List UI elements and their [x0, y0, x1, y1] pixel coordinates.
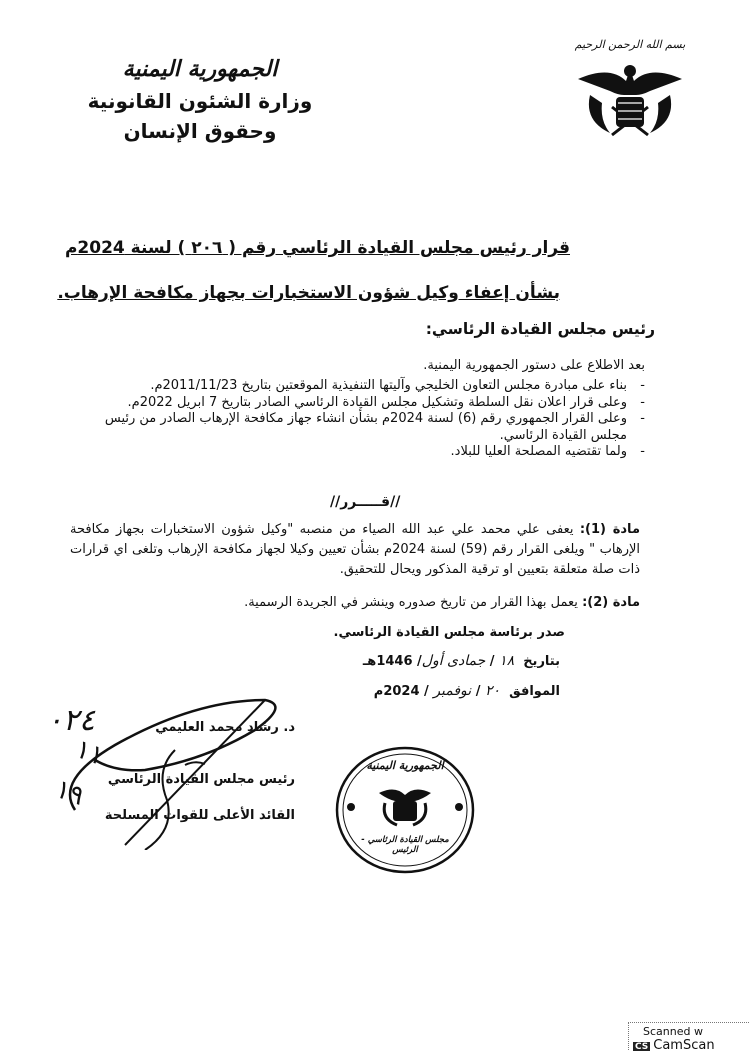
hijri-day: ١٨: [499, 653, 514, 669]
official-seal: الجمهورية اليمنية مجلس القيادة الرئاسي -…: [335, 745, 475, 875]
handwritten-signature-icon: ٢٠٢٤م ١١ ١٩: [55, 660, 295, 850]
watermark-line1: Scanned w: [629, 1023, 750, 1038]
decree-title: قرار رئيس مجلس القيادة الرئاسي رقم ( ٢٠٦…: [65, 238, 570, 258]
handwritten-year: ٢٠٢٤م: [55, 703, 96, 738]
article-label: مادة (1):: [580, 522, 640, 537]
svg-text:١٩: ١٩: [55, 774, 88, 812]
preamble: بعد الاطلاع على دستور الجمهورية اليمنية.: [423, 358, 645, 373]
gregorian-month: نوفمبر: [433, 683, 471, 699]
consideration-item: وعلى القرار الجمهوري رقم (6) لسنة 2024م …: [85, 411, 645, 444]
gregorian-year: 2024م: [374, 684, 420, 699]
gregorian-day: ٢٠: [485, 683, 500, 699]
article-text: يعفى علي محمد علي عبد الله الصياء من منص…: [70, 522, 640, 577]
consideration-item: ولما تقتضيه المصلحة العليا للبلاد.: [85, 444, 645, 461]
eagle-emblem-icon: [570, 51, 690, 141]
ministry-header: الجمهورية اليمنية وزارة الشئون القانونية…: [80, 52, 320, 146]
date-hijri: بتاريخ ١٨ / جمادى أول/ 1446هـ: [363, 653, 560, 669]
hijri-month: جمادى أول: [422, 653, 485, 669]
camscanner-logo-icon: CS: [633, 1042, 650, 1051]
emblem-block: بسم الله الرحمن الرحيم: [570, 38, 690, 145]
article-label: مادة (2):: [582, 595, 640, 610]
date-gregorian: الموافق ٢٠ / نوفمبر / 2024م: [374, 683, 560, 699]
country-name: الجمهورية اليمنية: [80, 52, 320, 86]
watermark-line2: CSCamScan: [629, 1038, 750, 1051]
consideration-item: وعلى قرار اعلان نقل السلطة وتشكيل مجلس ا…: [85, 395, 645, 412]
article-1: مادة (1): يعفى علي محمد علي عبد الله الص…: [70, 520, 640, 580]
consideration-item: بناء على مبادرة مجلس التعاون الخليجي وآل…: [85, 378, 645, 395]
article-2: مادة (2): يعمل بهذا القرار من تاريخ صدور…: [70, 593, 640, 613]
hijri-year: 1446هـ: [363, 654, 413, 669]
camscanner-watermark: Scanned w CSCamScan: [628, 1022, 750, 1051]
article-text: يعمل بهذا القرار من تاريخ صدوره وينشر في…: [244, 595, 582, 610]
ministry-name-line2: وحقوق الإنسان: [80, 116, 320, 146]
basmala: بسم الله الرحمن الرحيم: [570, 38, 690, 51]
issued-statement: صدر برئاسة مجلس القيادة الرئاسي.: [334, 625, 565, 640]
date-prefix: الموافق: [509, 684, 560, 699]
decree-subject: بشأن إعفاء وكيل شؤون الاستخبارات بجهاز م…: [57, 283, 560, 303]
seal-top-text: الجمهورية اليمنية: [355, 759, 455, 772]
issuer-heading: رئيس مجلس القيادة الرئاسي:: [426, 320, 655, 338]
date-prefix: بتاريخ: [523, 654, 560, 669]
decided-label: //قـــــرر//: [330, 494, 400, 510]
considerations-list: بناء على مبادرة مجلس التعاون الخليجي وآل…: [85, 378, 645, 461]
svg-text:١١: ١١: [72, 734, 109, 772]
seal-bottom-text: مجلس القيادة الرئاسي - الرئيس: [355, 835, 455, 855]
ministry-name-line1: وزارة الشئون القانونية: [80, 86, 320, 116]
